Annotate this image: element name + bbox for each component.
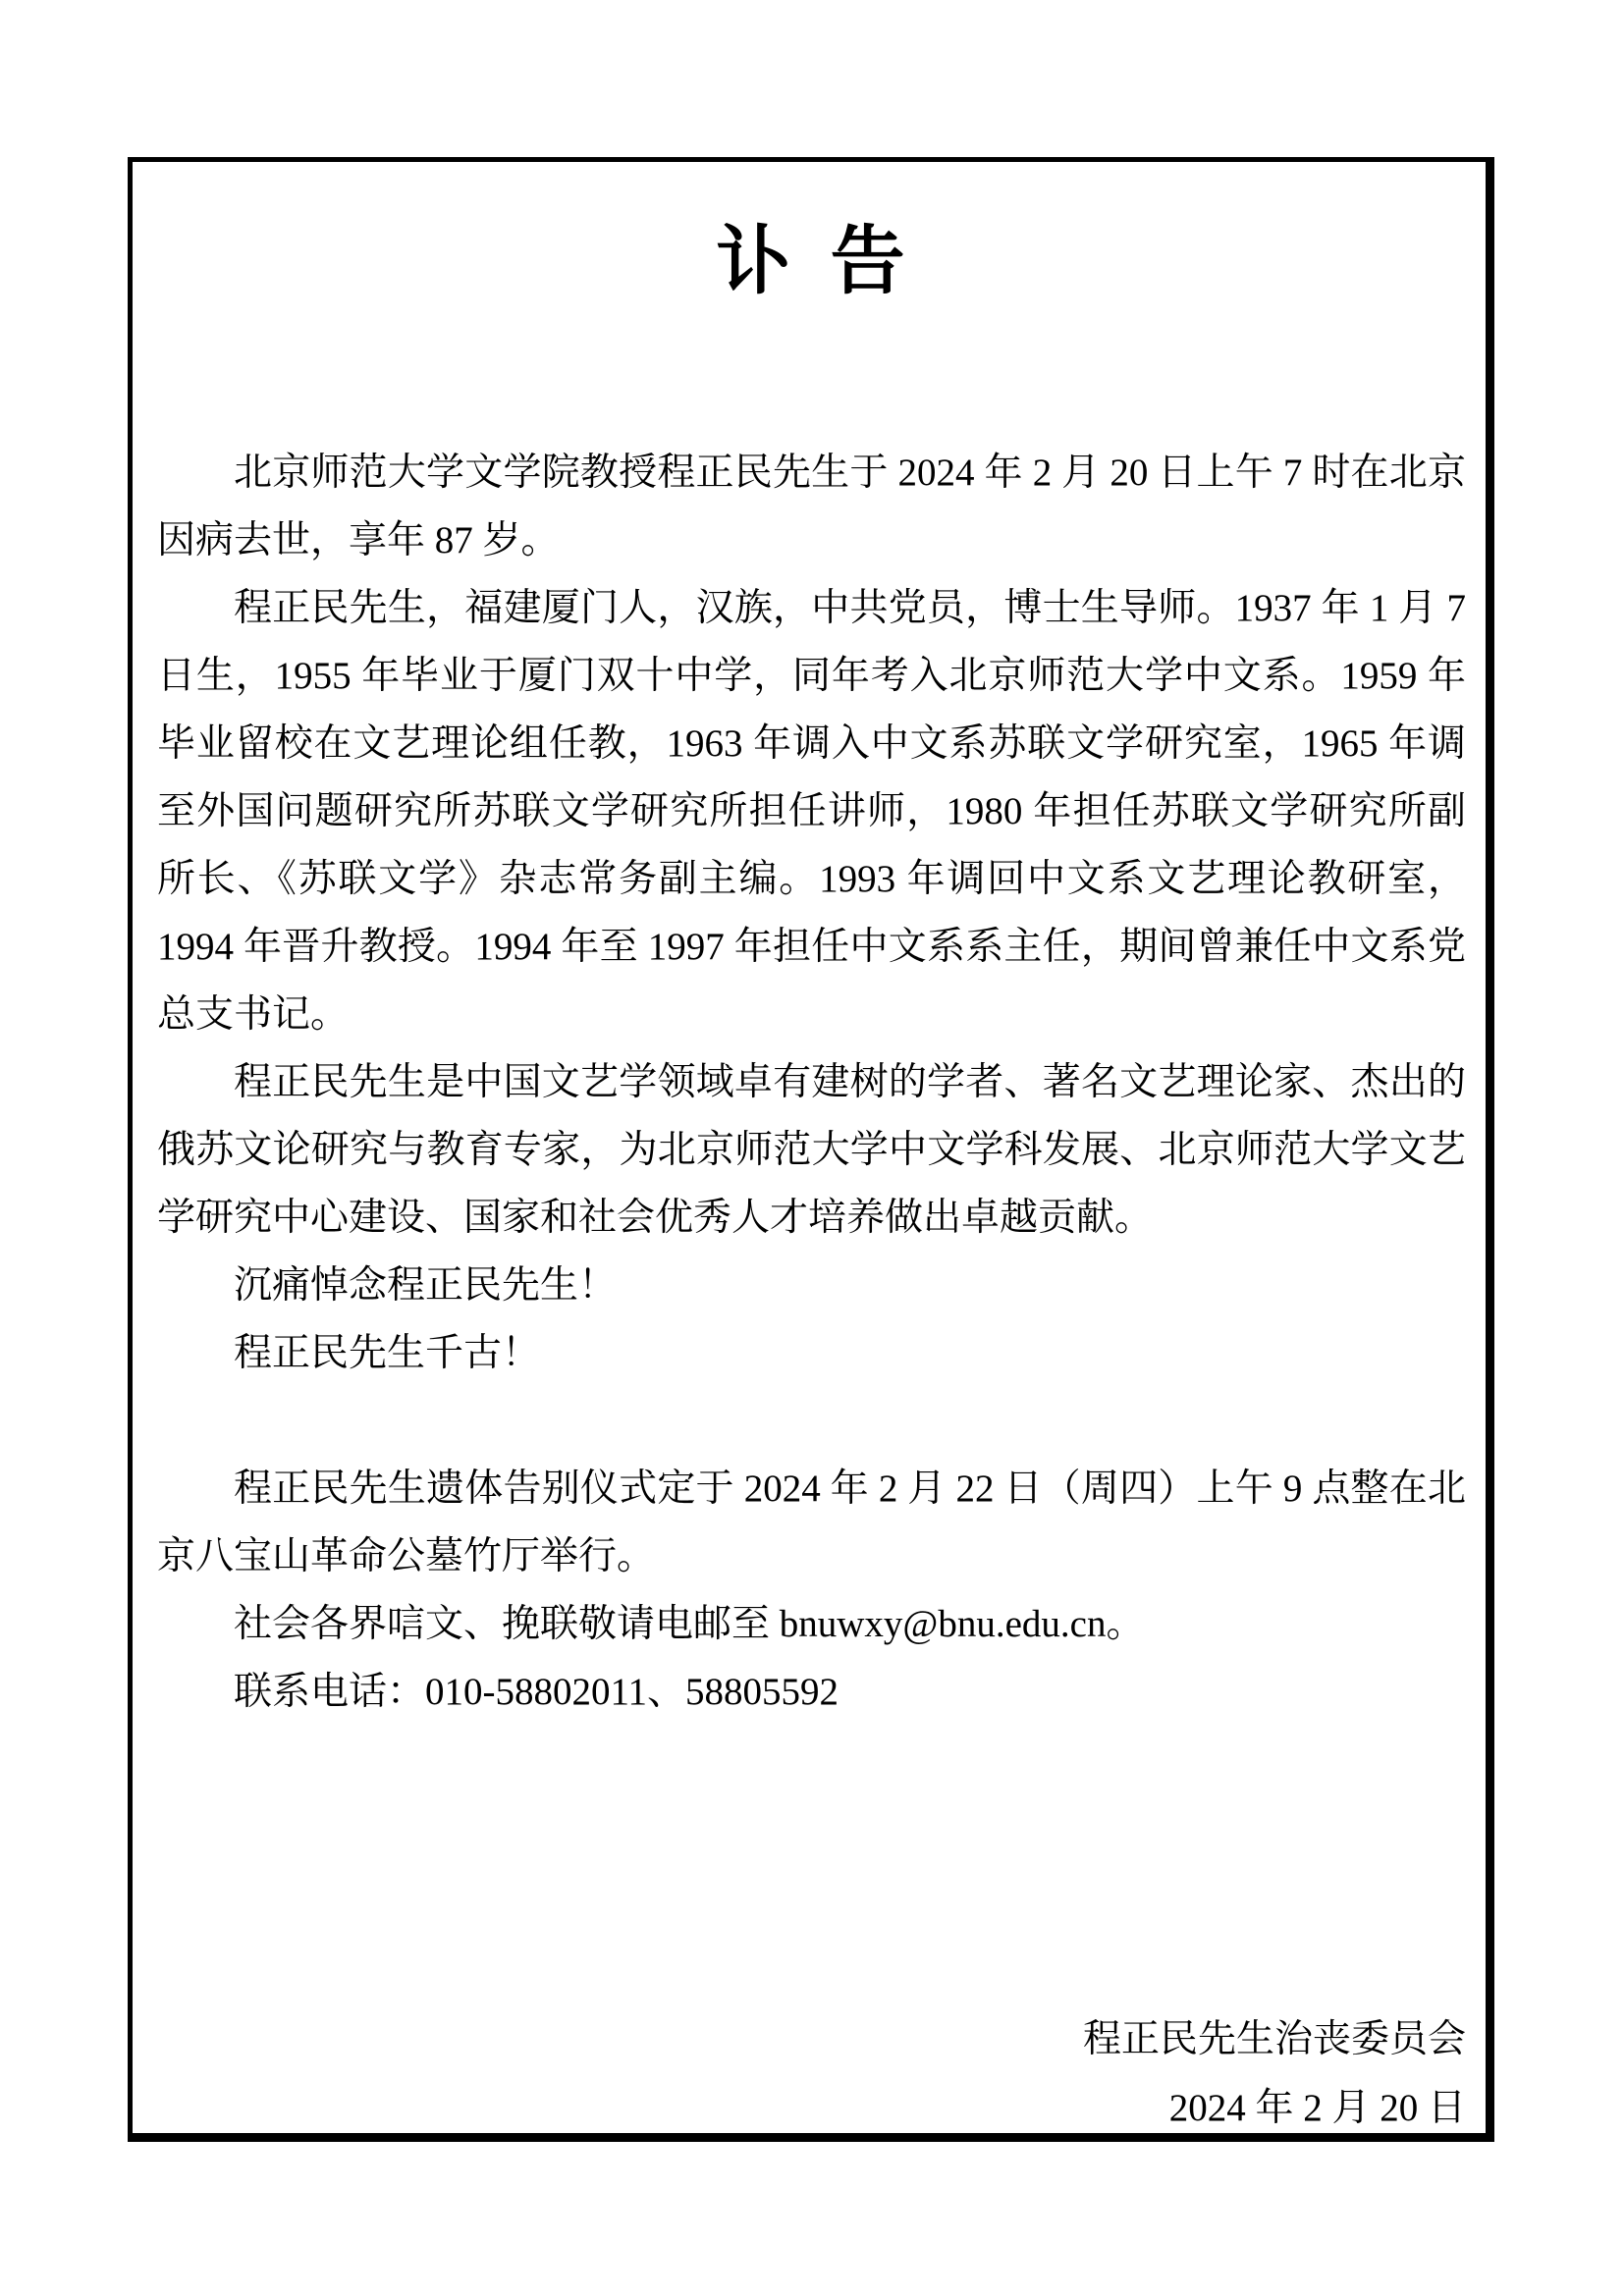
line-mourning: 沉痛悼念程正民先生！	[157, 1252, 1466, 1319]
paragraph-condolence-email: 社会各界唁文、挽联敬请电邮至 bnuwxy@bnu.edu.cn。	[157, 1590, 1466, 1658]
line-eternal-rest: 程正民先生千古！	[157, 1319, 1466, 1387]
paragraph-biography: 程正民先生，福建厦门人，汉族，中共党员，博士生导师。1937 年 1 月 7 日…	[157, 574, 1466, 1048]
blank-line-spacer	[157, 1387, 1466, 1455]
paragraph-farewell-ceremony: 程正民先生遗体告别仪式定于 2024 年 2 月 22 日（周四）上午 9 点整…	[157, 1455, 1466, 1590]
signature-date: 2024 年 2 月 20 日	[157, 2074, 1466, 2143]
paragraph-contact-phone: 联系电话：010-58802011、58805592	[157, 1658, 1466, 1726]
notice-title: 讣 告	[157, 207, 1466, 317]
obituary-page: 讣 告 北京师范大学文学院教授程正民先生于 2024 年 2 月 20 日上午 …	[0, 0, 1624, 2296]
notice-content: 讣 告 北京师范大学文学院教授程正民先生于 2024 年 2 月 20 日上午 …	[133, 162, 1486, 2143]
notice-border-box: 讣 告 北京师范大学文学院教授程正民先生于 2024 年 2 月 20 日上午 …	[128, 157, 1494, 2142]
paragraph-contributions: 程正民先生是中国文艺学领域卓有建树的学者、著名文艺理论家、杰出的俄苏文论研究与教…	[157, 1048, 1466, 1252]
signature-committee: 程正民先生治丧委员会	[157, 2005, 1466, 2074]
signature-block: 程正民先生治丧委员会 2024 年 2 月 20 日	[157, 2005, 1466, 2143]
notice-body: 北京师范大学文学院教授程正民先生于 2024 年 2 月 20 日上午 7 时在…	[157, 439, 1466, 2143]
paragraph-death-announcement: 北京师范大学文学院教授程正民先生于 2024 年 2 月 20 日上午 7 时在…	[157, 439, 1466, 574]
